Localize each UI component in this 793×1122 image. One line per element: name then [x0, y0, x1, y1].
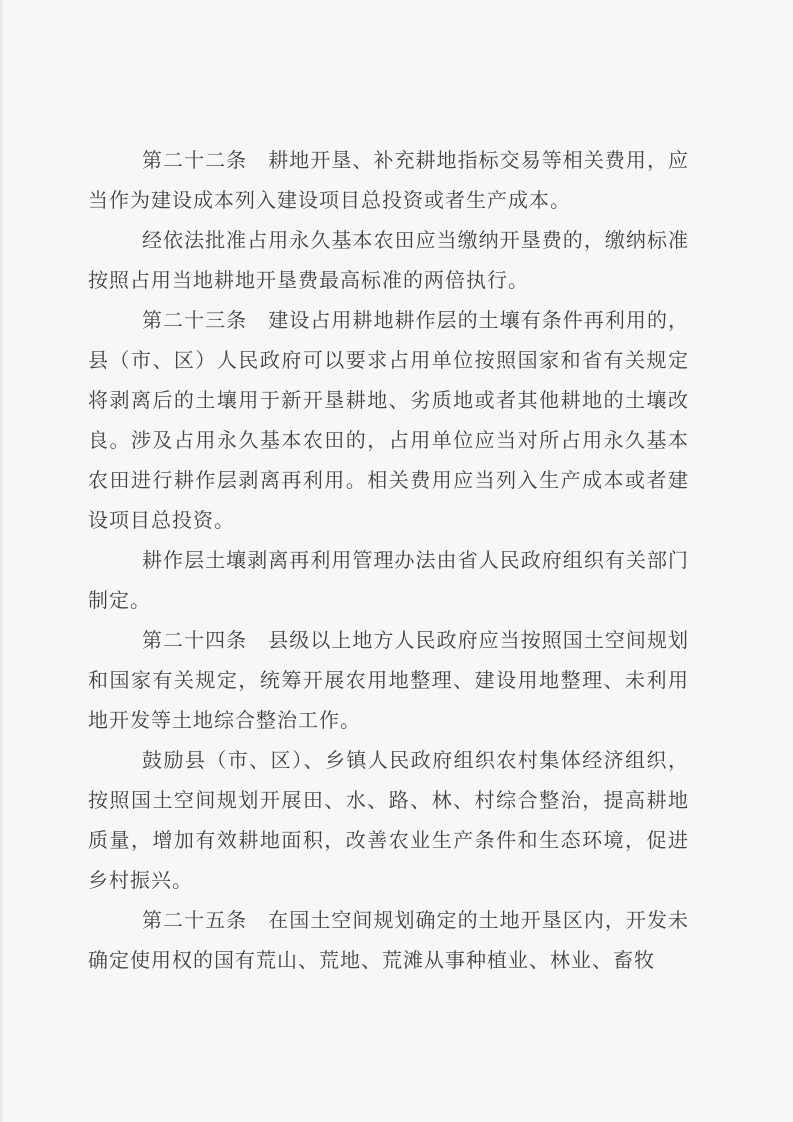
document-page: 第二十二条 耕地开垦、补充耕地指标交易等相关费用，应当作为建设成本列入建设项目总…: [0, 0, 793, 1122]
document-body: 第二十二条 耕地开垦、补充耕地指标交易等相关费用，应当作为建设成本列入建设项目总…: [88, 141, 689, 981]
article-23-paragraph-1: 第二十三条 建设占用耕地耕作层的土壤有条件再利用的，县（市、区）人民政府可以要求…: [88, 301, 689, 541]
article-25-paragraph-1: 第二十五条 在国土空间规划确定的土地开垦区内，开发未确定使用权的国有荒山、荒地、…: [88, 901, 689, 981]
article-23-paragraph-2: 耕作层土壤剥离再利用管理办法由省人民政府组织有关部门制定。: [88, 541, 689, 621]
article-24-paragraph-2: 鼓励县（市、区）、乡镇人民政府组织农村集体经济组织，按照国土空间规划开展田、水、…: [88, 741, 689, 901]
article-24-paragraph-1: 第二十四条 县级以上地方人民政府应当按照国土空间规划和国家有关规定，统筹开展农用…: [88, 621, 689, 741]
article-22-paragraph-1: 第二十二条 耕地开垦、补充耕地指标交易等相关费用，应当作为建设成本列入建设项目总…: [88, 141, 689, 221]
page-left-edge-shadow: [0, 0, 3, 1122]
article-22-paragraph-2: 经依法批准占用永久基本农田应当缴纳开垦费的，缴纳标准按照占用当地耕地开垦费最高标…: [88, 221, 689, 301]
